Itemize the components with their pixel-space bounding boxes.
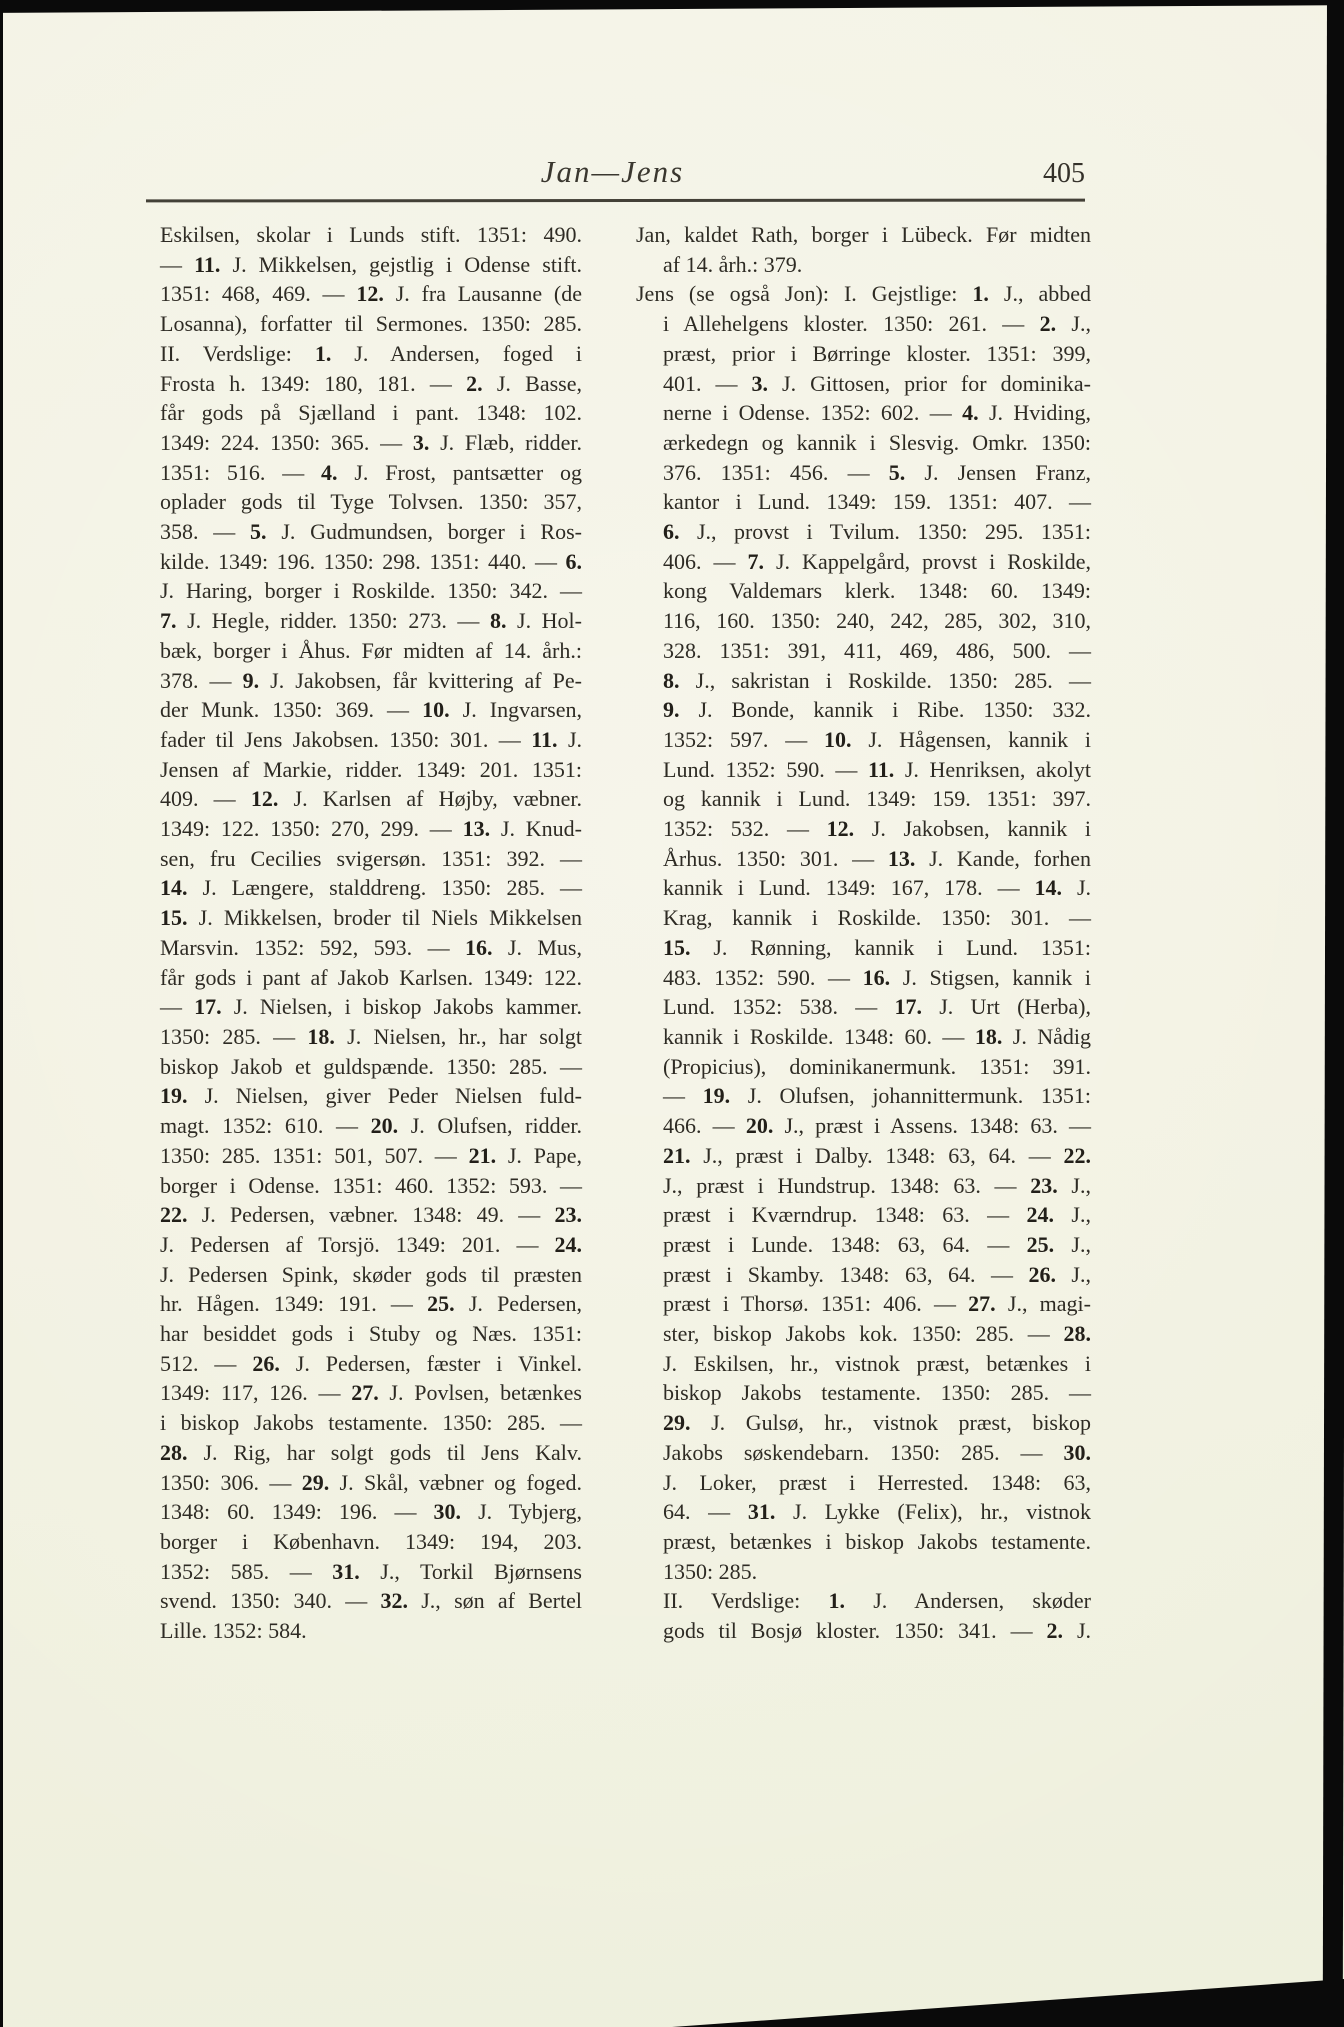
paragraph: II. Verdslige: 1. J. Andersen, skødergod… <box>636 1586 1091 1645</box>
text-line: 1349: 122. 1350: 270, 299. — 13. J. Knud… <box>160 814 582 844</box>
paragraph: Jan, kaldet Rath, borger i Lübeck. Før m… <box>636 220 1091 279</box>
text-line: fader til Jens Jakobsen. 1350: 301. — 11… <box>160 725 582 755</box>
text-line: 1349: 224. 1350: 365. — 3. J. Flæb, ridd… <box>160 428 582 458</box>
text-line: 401. — 3. J. Gittosen, prior for dominik… <box>636 369 1091 399</box>
text-line: Lille. 1352: 584. <box>160 1616 582 1646</box>
text-line: 483. 1352: 590. — 16. J. Stigsen, kannik… <box>636 963 1091 993</box>
text-line: ster, biskop Jakobs kok. 1350: 285. — 28… <box>636 1319 1091 1349</box>
text-line: borger i København. 1349: 194, 203. <box>160 1527 582 1557</box>
column-left: Eskilsen, skolar i Lunds stift. 1351: 49… <box>160 220 582 1646</box>
text-line: 378. — 9. J. Jakobsen, får kvittering af… <box>160 666 582 696</box>
text-line: 8. J., sakristan i Roskilde. 1350: 285. … <box>636 666 1091 696</box>
text-line: 6. J., provst i Tvilum. 1350: 295. 1351: <box>636 517 1091 547</box>
text-line: magt. 1352: 610. — 20. J. Olufsen, ridde… <box>160 1111 582 1141</box>
text-line: i Allehelgens kloster. 1350: 261. — 2. J… <box>636 309 1091 339</box>
text-line: J. Eskilsen, hr., vistnok præst, betænke… <box>636 1349 1091 1379</box>
text-line: biskop Jakob et guldspænde. 1350: 285. — <box>160 1052 582 1082</box>
paragraph: Jens (se også Jon): I. Gejstlige: 1. J.,… <box>636 279 1091 1586</box>
scan-edge-left <box>0 0 3 2027</box>
text-line: 466. — 20. J., præst i Assens. 1348: 63.… <box>636 1111 1091 1141</box>
text-line: Jan, kaldet Rath, borger i Lübeck. Før m… <box>636 220 1091 250</box>
text-line: 1352: 532. — 12. J. Jakobsen, kannik i <box>636 814 1091 844</box>
text-line: og kannik i Lund. 1349: 159. 1351: 397. <box>636 784 1091 814</box>
text-line: 1351: 516. — 4. J. Frost, pantsætter og <box>160 458 582 488</box>
text-line: Frosta h. 1349: 180, 181. — 2. J. Basse, <box>160 369 582 399</box>
text-line: 28. J. Rig, har solgt gods til Jens Kalv… <box>160 1438 582 1468</box>
text-line: af 14. årh.: 379. <box>636 250 1091 280</box>
text-line: præst, prior i Børringe kloster. 1351: 3… <box>636 339 1091 369</box>
text-line: — 11. J. Mikkelsen, gejstlig i Odense st… <box>160 250 582 280</box>
text-line: Eskilsen, skolar i Lunds stift. 1351: 49… <box>160 220 582 250</box>
scan-edge-right <box>1323 0 1344 1995</box>
text-line: kilde. 1349: 196. 1350: 298. 1351: 440. … <box>160 547 582 577</box>
text-line: bæk, borger i Åhus. Før midten af 14. år… <box>160 636 582 666</box>
text-line: der Munk. 1350: 369. — 10. J. Ingvarsen, <box>160 695 582 725</box>
book-page: Jan—Jens 405 Eskilsen, skolar i Lunds st… <box>0 0 1344 2027</box>
text-line: 328. 1351: 391, 411, 469, 486, 500. — <box>636 636 1091 666</box>
text-line: Jens (se også Jon): I. Gejstlige: 1. J.,… <box>636 279 1091 309</box>
text-line: 9. J. Bonde, kannik i Ribe. 1350: 332. <box>636 695 1091 725</box>
text-line: 64. — 31. J. Lykke (Felix), hr., vistnok <box>636 1497 1091 1527</box>
text-line: har besiddet gods i Stuby og Næs. 1351: <box>160 1319 582 1349</box>
text-line: 376. 1351: 456. — 5. J. Jensen Franz, <box>636 458 1091 488</box>
text-line: 1350: 306. — 29. J. Skål, væbner og foge… <box>160 1468 582 1498</box>
text-line: gods til Bosjø kloster. 1350: 341. — 2. … <box>636 1616 1091 1646</box>
text-line: får gods på Sjælland i pant. 1348: 102. <box>160 398 582 428</box>
text-line: Lund. 1352: 538. — 17. J. Urt (Herba), <box>636 992 1091 1022</box>
text-line: borger i Odense. 1351: 460. 1352: 593. — <box>160 1171 582 1201</box>
text-line: præst i Lunde. 1348: 63, 64. — 25. J., <box>636 1230 1091 1260</box>
text-line: 1348: 60. 1349: 196. — 30. J. Tybjerg, <box>160 1497 582 1527</box>
text-line: 7. J. Hegle, ridder. 1350: 273. — 8. J. … <box>160 606 582 636</box>
text-line: i biskop Jakobs testamente. 1350: 285. — <box>160 1408 582 1438</box>
text-line: oplader gods til Tyge Tolvsen. 1350: 357… <box>160 487 582 517</box>
text-line: præst i Thorsø. 1351: 406. — 27. J., mag… <box>636 1289 1091 1319</box>
text-line: Jensen af Markie, ridder. 1349: 201. 135… <box>160 755 582 785</box>
text-line: 1351: 468, 469. — 12. J. fra Lausanne (d… <box>160 279 582 309</box>
text-line: sen, fru Cecilies svigersøn. 1351: 392. … <box>160 844 582 874</box>
text-line: J. Pedersen af Torsjö. 1349: 201. — 24. <box>160 1230 582 1260</box>
text-line: præst, betænkes i biskop Jakobs testamen… <box>636 1527 1091 1557</box>
text-line: præst i Skamby. 1348: 63, 64. — 26. J., <box>636 1260 1091 1290</box>
text-line: 1350: 285. — 18. J. Nielsen, hr., har so… <box>160 1022 582 1052</box>
text-line: Jakobs søskendebarn. 1350: 285. — 30. <box>636 1438 1091 1468</box>
text-line: kantor i Lund. 1349: 159. 1351: 407. — <box>636 487 1091 517</box>
text-line: 358. — 5. J. Gudmundsen, borger i Ros- <box>160 517 582 547</box>
text-line: præst i Kværndrup. 1348: 63. — 24. J., <box>636 1200 1091 1230</box>
text-line: 19. J. Nielsen, giver Peder Nielsen fuld… <box>160 1081 582 1111</box>
text-line: 15. J. Rønning, kannik i Lund. 1351: <box>636 933 1091 963</box>
text-line: kannik i Roskilde. 1348: 60. — 18. J. Nå… <box>636 1022 1091 1052</box>
text-line: Århus. 1350: 301. — 13. J. Kande, forhen <box>636 844 1091 874</box>
page-number: 405 <box>960 160 1085 188</box>
text-line: Losanna), forfatter til Sermones. 1350: … <box>160 309 582 339</box>
text-line: svend. 1350: 340. — 32. J., søn af Berte… <box>160 1586 582 1616</box>
text-line: 1352: 597. — 10. J. Hågensen, kannik i <box>636 725 1091 755</box>
text-line: kannik i Lund. 1349: 167, 178. — 14. J. <box>636 873 1091 903</box>
text-line: J. Haring, borger i Roskilde. 1350: 342.… <box>160 576 582 606</box>
text-line: — 17. J. Nielsen, i biskop Jakobs kammer… <box>160 992 582 1022</box>
text-line: — 19. J. Olufsen, johannittermunk. 1351: <box>636 1081 1091 1111</box>
text-line: (Propicius), dominikanermunk. 1351: 391. <box>636 1052 1091 1082</box>
text-line: 1350: 285. 1351: 501, 507. — 21. J. Pape… <box>160 1141 582 1171</box>
running-title: Jan—Jens <box>160 156 1065 187</box>
paragraph: Eskilsen, skolar i Lunds stift. 1351: 49… <box>160 220 582 1646</box>
text-line: II. Verdslige: 1. J. Andersen, skøder <box>636 1586 1091 1616</box>
text-line: Lund. 1352: 590. — 11. J. Henriksen, ako… <box>636 755 1091 785</box>
text-line: J. Pedersen Spink, skøder gods til præst… <box>160 1260 582 1290</box>
text-line: 14. J. Længere, stalddreng. 1350: 285. — <box>160 873 582 903</box>
text-line: nerne i Odense. 1352: 602. — 4. J. Hvidi… <box>636 398 1091 428</box>
column-right: Jan, kaldet Rath, borger i Lübeck. Før m… <box>636 220 1091 1646</box>
text-line: J. Loker, præst i Herrested. 1348: 63, <box>636 1468 1091 1498</box>
text-line: Krag, kannik i Roskilde. 1350: 301. — <box>636 903 1091 933</box>
text-line: 1349: 117, 126. — 27. J. Povlsen, betænk… <box>160 1378 582 1408</box>
text-line: ærkedegn og kannik i Slesvig. Omkr. 1350… <box>636 428 1091 458</box>
text-line: 21. J., præst i Dalby. 1348: 63, 64. — 2… <box>636 1141 1091 1171</box>
text-line: J., præst i Hundstrup. 1348: 63. — 23. J… <box>636 1171 1091 1201</box>
text-line: får gods i pant af Jakob Karlsen. 1349: … <box>160 963 582 993</box>
text-line: biskop Jakobs testamente. 1350: 285. — <box>636 1378 1091 1408</box>
text-line: 1352: 585. — 31. J., Torkil Bjørnsens <box>160 1557 582 1587</box>
text-line: 15. J. Mikkelsen, broder til Niels Mikke… <box>160 903 582 933</box>
text-line: kong Valdemars klerk. 1348: 60. 1349: <box>636 576 1091 606</box>
text-line: 512. — 26. J. Pedersen, fæster i Vinkel. <box>160 1349 582 1379</box>
text-line: 1350: 285. <box>636 1557 1091 1587</box>
header-rule <box>146 199 1085 203</box>
text-line: hr. Hågen. 1349: 191. — 25. J. Pedersen, <box>160 1289 582 1319</box>
text-line: 406. — 7. J. Kappelgård, provst i Roskil… <box>636 547 1091 577</box>
text-line: 116, 160. 1350: 240, 242, 285, 302, 310, <box>636 606 1091 636</box>
text-line: Marsvin. 1352: 592, 593. — 16. J. Mus, <box>160 933 582 963</box>
scan-background: { "header": { "title": "Jan—Jens", "page… <box>0 0 1344 2027</box>
text-line: 29. J. Gulsø, hr., vistnok præst, biskop <box>636 1408 1091 1438</box>
text-line: 409. — 12. J. Karlsen af Højby, væbner. <box>160 784 582 814</box>
text-line: II. Verdslige: 1. J. Andersen, foged i <box>160 339 582 369</box>
text-line: 22. J. Pedersen, væbner. 1348: 49. — 23. <box>160 1200 582 1230</box>
